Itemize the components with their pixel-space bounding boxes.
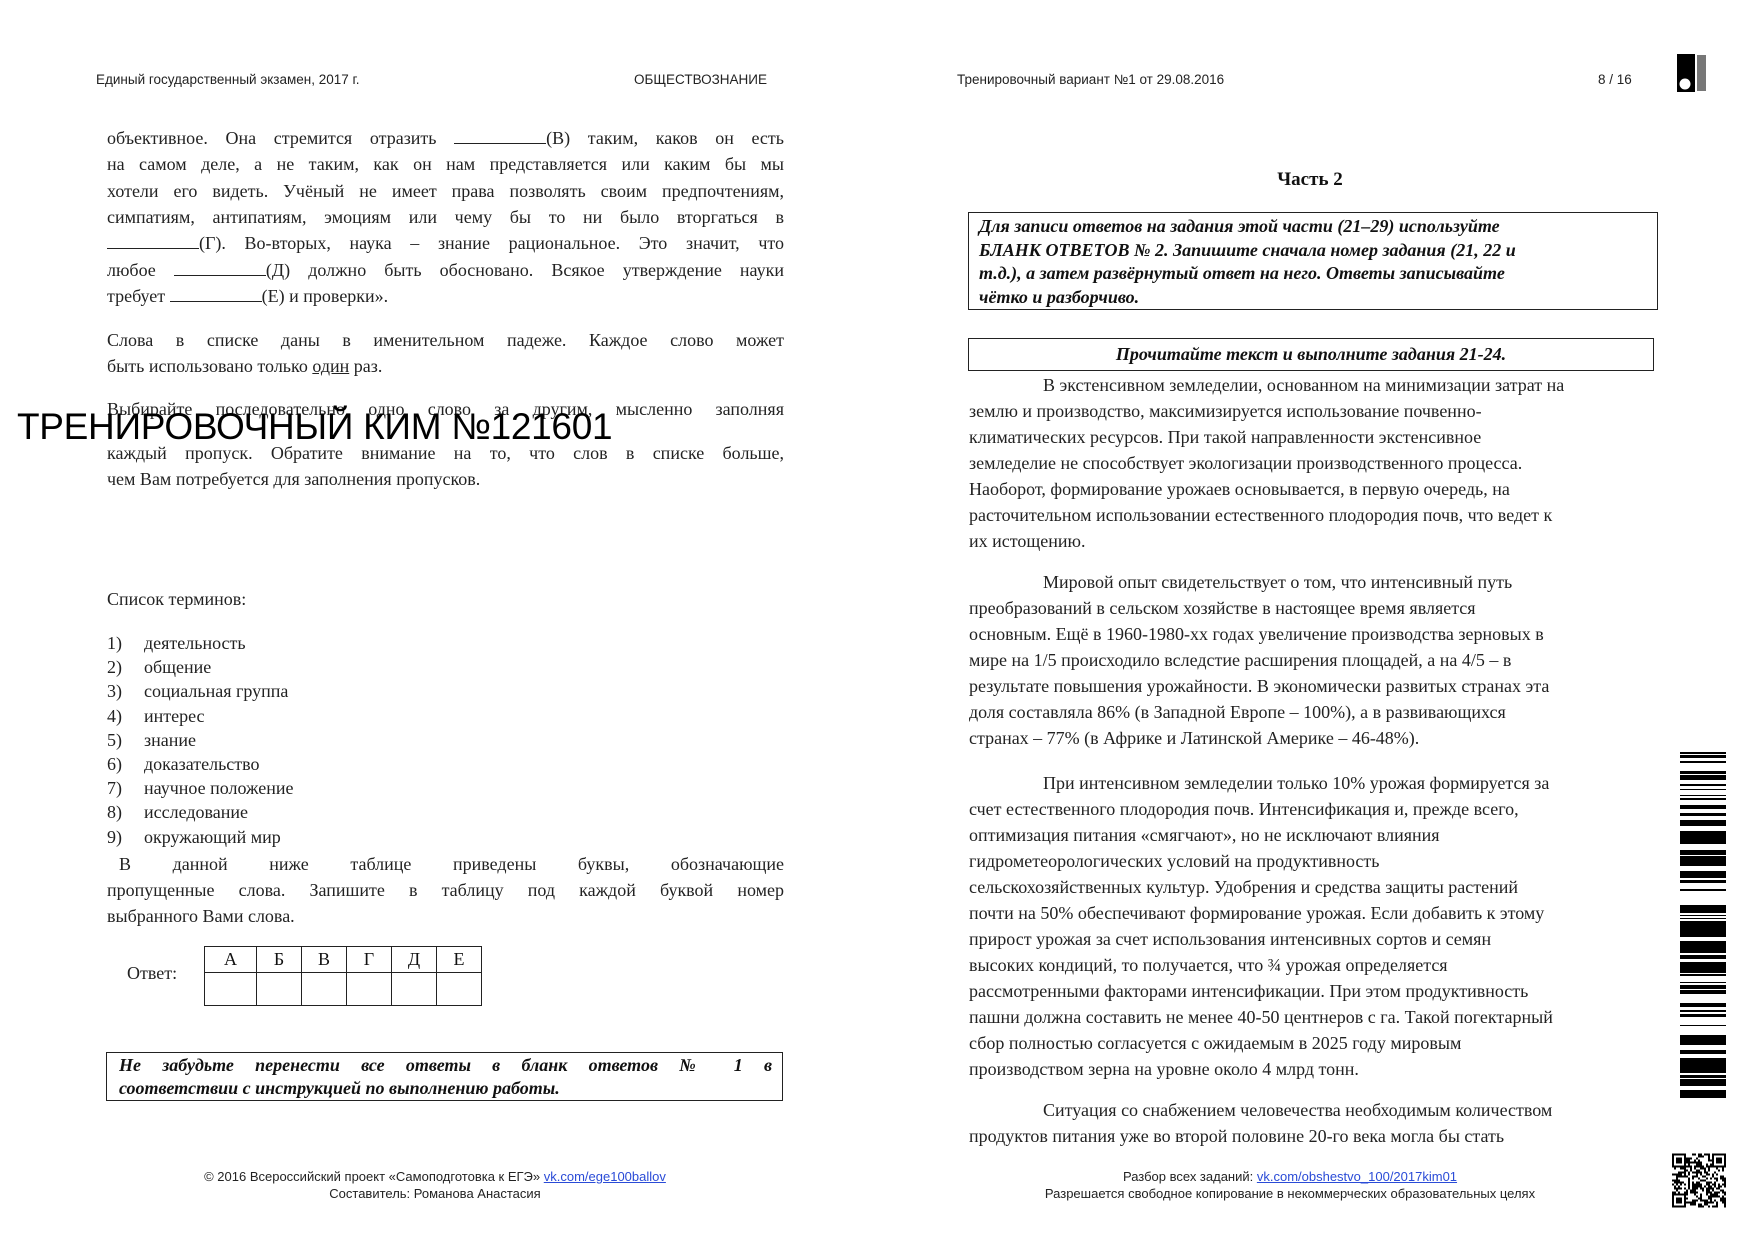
term-number: 8)	[107, 802, 144, 823]
text-fragment: (Г). Во-вторых, наука – знание рациональ…	[199, 233, 784, 253]
reading-line: оптимизация питания «смягчают», но не ис…	[969, 822, 1659, 848]
text-fragment: быть использовано только	[107, 356, 312, 376]
instruction-box-line: Для записи ответов на задания этой части…	[979, 215, 1647, 239]
term-item: 4)интерес	[107, 706, 507, 727]
term-item: 8)исследование	[107, 802, 507, 823]
reading-line: расточительном использовании естественно…	[969, 502, 1659, 528]
reading-line: Наоборот, формирование урожаев основывае…	[969, 476, 1659, 502]
instruction-box-line: чётко и разборчиво.	[979, 286, 1647, 310]
instruction-line: выбранного Вами слова.	[107, 906, 784, 927]
answer-letter-cell: Д	[392, 947, 437, 973]
passage-line: (Г). Во-вторых, наука – знание рациональ…	[107, 233, 784, 257]
reading-line: рассмотренными факторами интенсификации.…	[969, 978, 1659, 1004]
table-instruction: В данной ниже таблице приведены буквы, о…	[107, 854, 784, 934]
text-fragment: (Д) должно быть обосновано. Всякое утвер…	[266, 260, 784, 280]
reading-line: счет естественного плодородия почв. Инте…	[969, 796, 1659, 822]
reading-line: землю и производство, максимизируется ис…	[969, 398, 1659, 424]
answer-label: Ответ:	[127, 963, 177, 984]
answer-input-cell[interactable]	[437, 973, 482, 1006]
reading-line: пашни должна составить не менее 40-50 це…	[969, 1004, 1659, 1030]
instruction-line: быть использовано только один раз.	[107, 356, 784, 377]
answer-letter-cell: А	[205, 947, 257, 973]
instruction-line: В данной ниже таблице приведены буквы, о…	[107, 854, 784, 878]
text-fragment: (Е) и проверки».	[262, 286, 389, 306]
reminder-line: соответствии с инструкцией по выполнению…	[119, 1077, 772, 1100]
reading-line: гидрометеорологических условий на продук…	[969, 848, 1659, 874]
term-label: научное положение	[144, 778, 293, 798]
answer-letter-cell: Г	[347, 947, 392, 973]
passage-line: на самом деле, а не таким, как он нам пр…	[107, 154, 784, 178]
text-fragment: любое	[107, 260, 174, 280]
analysis-link[interactable]: vk.com/obshestvo_100/2017kim01	[1257, 1169, 1457, 1184]
terms-title: Список терминов:	[107, 589, 246, 610]
instruction-box-line: БЛАНК ОТВЕТОВ № 2. Запишите сначала номе…	[979, 239, 1647, 263]
passage-text: объективное. Она стремится отразить (В) …	[107, 128, 784, 318]
answer-letter-cell: В	[302, 947, 347, 973]
reading-line: климатических ресурсов. При такой направ…	[969, 424, 1659, 450]
term-label: интерес	[144, 706, 205, 726]
blank-gap	[170, 287, 262, 302]
passage-line: симпатиям, антипатиям, эмоциям или чему …	[107, 207, 784, 231]
reminder-line: Не забудьте перенести все ответы в бланк…	[119, 1054, 772, 1077]
term-label: общение	[144, 657, 211, 677]
task-box: Прочитайте текст и выполните задания 21-…	[968, 338, 1654, 371]
barcode-icon	[1680, 752, 1726, 1100]
text-fragment: раз.	[349, 356, 382, 376]
blank-gap	[107, 234, 199, 249]
reading-line: почти на 50% обеспечивают формирование у…	[969, 900, 1659, 926]
term-number: 1)	[107, 633, 144, 654]
answer-letter-cell: Е	[437, 947, 482, 973]
term-number: 9)	[107, 827, 144, 848]
blank-gap	[174, 261, 266, 276]
logo-icon	[1676, 53, 1708, 93]
passage-line: объективное. Она стремится отразить (В) …	[107, 128, 784, 152]
reading-line: продуктов питания уже во второй половине…	[969, 1123, 1659, 1149]
text-fragment: объективное. Она стремится отразить	[107, 128, 454, 148]
reading-line: Ситуация со снабжением человечества необ…	[969, 1097, 1659, 1123]
answer-input-cell[interactable]	[257, 973, 302, 1006]
instruction-box-line: т.д.), а затем развёрнутый ответ на него…	[979, 262, 1647, 286]
reading-line: производством зерна на уровне около 4 мл…	[969, 1056, 1659, 1082]
reading-line: результате повышения урожайности. В экон…	[969, 673, 1659, 699]
passage-line: требует (Е) и проверки».	[107, 286, 784, 307]
reading-line: высоких кондиций, то получается, что ¾ у…	[969, 952, 1659, 978]
reading-line: сбор полностью согласуется с ожидаемым в…	[969, 1030, 1659, 1056]
reading-line: преобразований в сельском хозяйстве в на…	[969, 595, 1659, 621]
passage-line: хотели его видеть. Учёный не имеет права…	[107, 181, 784, 205]
answer-input-cell[interactable]	[347, 973, 392, 1006]
qr-code-icon	[1672, 1153, 1726, 1208]
part-title: Часть 2	[1210, 169, 1410, 191]
reading-line: их истощению.	[969, 528, 1659, 554]
answer-letter-cell: Б	[257, 947, 302, 973]
term-item: 2)общение	[107, 657, 507, 678]
text-fragment: (В) таким, каков он есть	[546, 128, 784, 148]
reading-line: странах – 77% (в Африке и Латинской Амер…	[969, 725, 1659, 751]
reading-line: При интенсивном земледелии только 10% ур…	[969, 770, 1659, 796]
reading-line: доля составляла 86% (в Западной Европе –…	[969, 699, 1659, 725]
reading-paragraph: В экстенсивном земледелии, основанном на…	[969, 372, 1659, 554]
exam-header: Единый государственный экзамен, 2017 г.	[96, 72, 360, 87]
term-label: знание	[144, 730, 196, 750]
reading-line: основным. Ещё в 1960-1980-хх годах увели…	[969, 621, 1659, 647]
reading-line: Мировой опыт свидетельствует о том, что …	[969, 569, 1659, 595]
right-footer-license: Разрешается свободное копирование в неко…	[990, 1186, 1590, 1201]
term-item: 3)социальная группа	[107, 681, 507, 702]
term-label: социальная группа	[144, 681, 288, 701]
term-label: доказательство	[144, 754, 260, 774]
task-box-text: Прочитайте текст и выполните задания 21-…	[1116, 344, 1506, 364]
term-label: исследование	[144, 802, 248, 822]
instruction-word-case: Слова в списке даны в именительном падеж…	[107, 330, 784, 386]
reminder-box: Не забудьте перенести все ответы в бланк…	[106, 1052, 783, 1101]
term-number: 7)	[107, 778, 144, 799]
term-item: 7)научное положение	[107, 778, 507, 799]
term-item: 6)доказательство	[107, 754, 507, 775]
term-number: 4)	[107, 706, 144, 727]
variant-header: Тренировочный вариант №1 от 29.08.2016	[957, 72, 1224, 87]
vk-link[interactable]: vk.com/ege100ballov	[544, 1169, 666, 1184]
page-number: 8 / 16	[1598, 72, 1632, 87]
watermark: ТРЕНИРОВОЧНЫЙ КИМ №121601	[17, 406, 612, 448]
analysis-label: Разбор всех заданий:	[1123, 1169, 1257, 1184]
instruction-line: Слова в списке даны в именительном падеж…	[107, 330, 784, 354]
reading-line: земледелие не способствует экологизации …	[969, 450, 1659, 476]
right-footer-analysis: Разбор всех заданий: vk.com/obshestvo_10…	[990, 1169, 1590, 1184]
answer-input-cell[interactable]	[205, 973, 257, 1006]
answer-input-cell[interactable]	[302, 973, 347, 1006]
reading-paragraph: Ситуация со снабжением человечества необ…	[969, 1097, 1659, 1149]
answer-input-cell[interactable]	[392, 973, 437, 1006]
term-number: 5)	[107, 730, 144, 751]
left-footer-author: Составитель: Романова Анастасия	[140, 1186, 730, 1201]
term-label: окружающий мир	[144, 827, 281, 847]
copyright-text: © 2016 Всероссийский проект «Самоподгото…	[204, 1169, 544, 1184]
answer-table: АБВГДЕ	[204, 946, 482, 1006]
term-label: деятельность	[144, 633, 246, 653]
term-number: 3)	[107, 681, 144, 702]
reading-paragraph: Мировой опыт свидетельствует о том, что …	[969, 569, 1659, 751]
blank-gap	[454, 129, 546, 144]
reading-paragraph: При интенсивном земледелии только 10% ур…	[969, 770, 1659, 1082]
subject-header: ОБЩЕСТВОЗНАНИЕ	[634, 72, 767, 87]
reading-line: В экстенсивном земледелии, основанном на…	[969, 372, 1659, 398]
text-fragment: требует	[107, 286, 170, 306]
term-number: 2)	[107, 657, 144, 678]
reading-line: сельскохозяйственных культур. Удобрения …	[969, 874, 1659, 900]
emphasized-word: один	[312, 356, 349, 376]
term-item: 1)деятельность	[107, 633, 507, 654]
reading-line: мире на 1/5 происходило вследстие расшир…	[969, 647, 1659, 673]
reading-line: прирост урожая за счет использования инт…	[969, 926, 1659, 952]
term-item: 5)знание	[107, 730, 507, 751]
instruction-line: чем Вам потребуется для заполнения пропу…	[107, 469, 784, 490]
left-footer-copyright: © 2016 Всероссийский проект «Самоподгото…	[140, 1169, 730, 1184]
instruction-box: Для записи ответов на задания этой части…	[968, 212, 1658, 310]
term-item: 9)окружающий мир	[107, 827, 507, 848]
passage-line: любое (Д) должно быть обосновано. Всякое…	[107, 260, 784, 284]
term-number: 6)	[107, 754, 144, 775]
instruction-line: пропущенные слова. Запишите в таблицу по…	[107, 880, 784, 904]
